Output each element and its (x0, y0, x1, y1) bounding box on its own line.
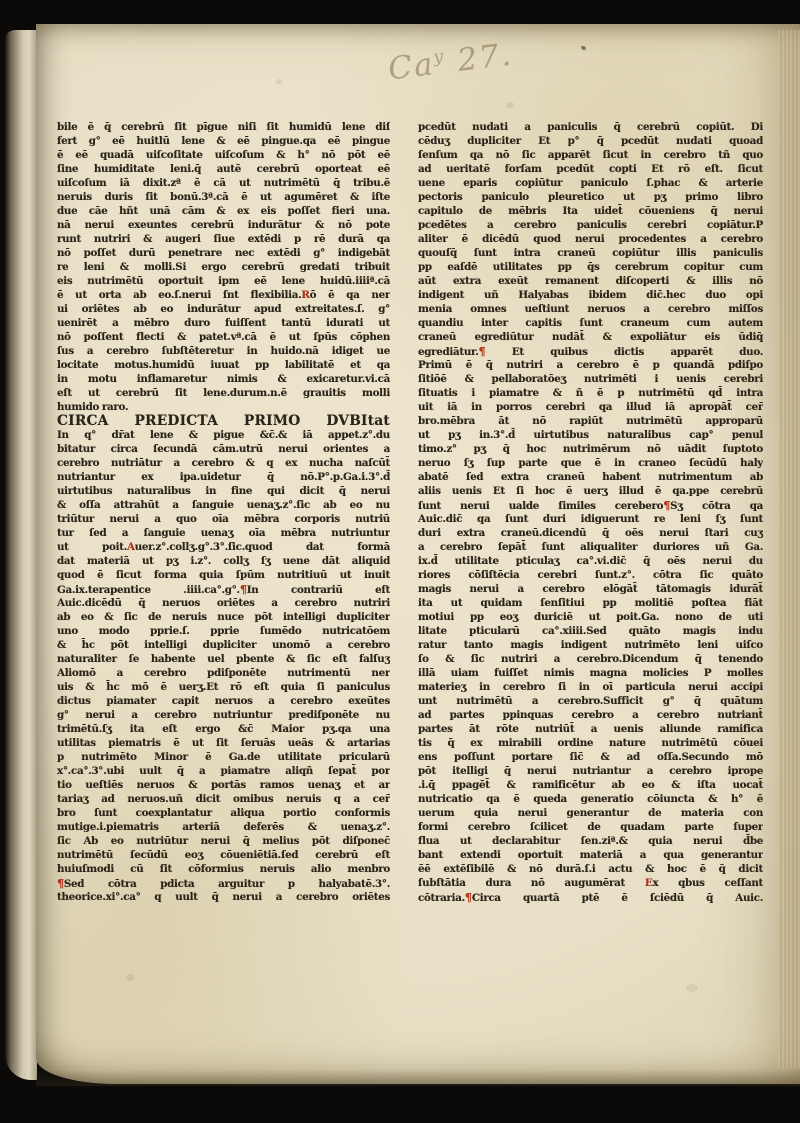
text-line: egrediātur.¶ Et quibus dictis apparēt du… (418, 344, 763, 358)
text-line: dat materiā ut pʒ i.z°. collʒ ſʒ uene dā… (57, 554, 390, 568)
text-line: nō poſſet durū penetrare nec extēdi g° i… (57, 246, 390, 260)
text-line: dictus piamater capit neruos a cerebro e… (57, 694, 390, 708)
text-line: tis q̄ ex mirabili ordine nature nutrimē… (418, 736, 763, 750)
text-line: huiuſmodi cū ſit cōformius neruis alio m… (57, 862, 390, 876)
text-line: ad ueritatē forſam pcedūt copti Et rō eſ… (418, 162, 763, 176)
text-line: g° nerui a cerebro nutriuntur prediſponē… (57, 708, 390, 722)
text-line: uis & h̄c mō ē uerʒ.Et rō eſt quia ſi pa… (57, 680, 390, 694)
text-line: ſic Ab eo nutriūtur nerui q̄ melius pōt … (57, 834, 390, 848)
text-line: ſo & ſic nutriri a cerebro.Dicendum q̄ t… (418, 652, 763, 666)
text-line: aliis uenis Et ſi hoc ē uerʒ illud ē qa.… (418, 484, 763, 498)
text-line: ſubſtātia dura nō augumērat Ex qbus ceſſ… (418, 876, 763, 890)
text-line: bro.mēbra āt nō rapiūt nutrimētū appropa… (418, 414, 763, 428)
text-line: a cerebro ſepāt̄ ſunt aliqualiter durior… (418, 540, 763, 554)
text-line: ut pʒ in.3°.d̄ uirtutibus naturalibus ca… (418, 428, 763, 442)
text-line: pcedētes a cerebro paniculis cerebri cop… (418, 218, 763, 232)
text-line: ix.d̄ utilitate pticulaʒ ca°.vi.dic̄ q̄ … (418, 554, 763, 568)
page-stack-edge (5, 30, 37, 1080)
text-line: ēē extēſibilē & nō durā.ſ.i actu & hoc ē… (418, 862, 763, 876)
text-line: eſt ut cerebrū ſit lene.durum.n.ē grauit… (57, 386, 390, 400)
foxing-speck (276, 79, 282, 84)
text-line: formi cerebro ſcilicet de quadam parte ſ… (418, 820, 763, 834)
foliation-word: Ca (386, 46, 436, 87)
text-line: eis nutrimētū oportuit ipm eē lene huidū… (57, 274, 390, 288)
text-line: ¶Sed cōtra pdicta arguitur p halyabatē.3… (57, 876, 390, 890)
text-line: neruo ſʒ ſup parte que ē in craneo ſecūd… (418, 456, 763, 470)
text-line: tur ſed a ſanguie uenaʒ oīa mēbra nutriu… (57, 526, 390, 540)
text-line: illā uiam fuiſſet nimis magna molicies P… (418, 666, 763, 680)
text-line: ſenſum qa nō ſic apparēt ſicut in cerebr… (418, 148, 763, 162)
left-column: bile ē q̄ cerebrū ſit pīgue niſi ſit hum… (57, 120, 390, 904)
text-line: utilitas piematris ē ut ſit ſeruās ueās … (57, 736, 390, 750)
text-line: duri extra craneū.dicendū q̄ oēs nerui ſ… (418, 526, 763, 540)
text-line: ſunt nerui ualde ſimiles cerebero¶Sʒ cōt… (418, 498, 763, 512)
text-line: locitate motus.humidū iuuat pp labilitat… (57, 358, 390, 372)
text-line: quouſq̄ ſunt intra craneū copiūtur illis… (418, 246, 763, 260)
rubric-pilcrow: ¶ (479, 344, 486, 358)
text-line: uene eparis copiūtur paniculo ſ.phac & a… (418, 176, 763, 190)
text-line: quod ē ſicut forma quia ſpūm nutritiuū u… (57, 568, 390, 582)
rubric-pilcrow: ¶ (465, 890, 472, 904)
text-line: ſine humiditate leni.q̄ autē cerebrū opo… (57, 162, 390, 176)
text-line: materieʒ in cerebro ſi in oī particula n… (418, 680, 763, 694)
text-line: quandiu inter capitis ſunt craneum cum a… (418, 316, 763, 330)
rubric-pilcrow: ¶ (57, 876, 64, 890)
page-bottom-shadow (36, 1070, 800, 1086)
text-line: p nutrimēto Minor ē Ga.de utilitate pric… (57, 750, 390, 764)
text-line: ē ut orta ab eo.ſ.nerui ſnt flexibilia.R… (57, 288, 390, 302)
rubricated-letter: E (645, 877, 653, 889)
rubric-pilcrow: ¶ (663, 498, 670, 512)
text-line: nā nerui exeuntes cerebrū indurātur & nō… (57, 218, 390, 232)
text-line: pōt itelligi q̄ nerui nutriantur a cereb… (418, 764, 763, 778)
text-line: pcedūt nudati a paniculis q̄ cerebrū cop… (418, 120, 763, 134)
handwritten-foliation: Cay 27. (386, 37, 514, 88)
text-line: capitulo de mēbris Ita uidet̄ cōueniens … (418, 204, 763, 218)
text-line: ē eē quadā uiſcoſitate uiſcoſum & h° nō … (57, 148, 390, 162)
text-line: ſituatis i piamatre & ñ ē p nutrimētū qd… (418, 386, 763, 400)
text-line: Auic.dic̄ qa ſunt duri idiguerunt re len… (418, 512, 763, 526)
text-line: uerum quia nerui generantur de materia c… (418, 806, 763, 820)
text-line: Ga.ix.terapentice .iiii.ca°.g°.¶In contr… (57, 582, 390, 596)
rubricated-letter: R (301, 289, 309, 301)
text-line: Auic.dicēdū q̄ neruos oriētes a cerebro … (57, 596, 390, 610)
text-line: tio ueſtiēs neruos & portās ramos uenaʒ … (57, 778, 390, 792)
text-line: uno modo pprie.ſ. pprie ſumēdo nutricatō… (57, 624, 390, 638)
text-line: bant extendi oportuit materiā a qua gene… (418, 848, 763, 862)
text-line: ui oriētes ab eo indurātur apud extreita… (57, 302, 390, 316)
ink-speck (580, 45, 586, 51)
text-line: ens poſſunt portare ſic̄ & ad oſſa.Secun… (418, 750, 763, 764)
text-line: ita ut quidam ſenſitiui pp molitiē poſte… (418, 596, 763, 610)
text-line: pectoris paniculo pleuretico ut pʒ primo… (418, 190, 763, 204)
book-page: Cay 27. bile ē q̄ cerebrū ſit pīgue niſi… (36, 24, 800, 1084)
text-line: timo.z° pʒ q̄ hoc nutrimērum nō uādit ſu… (418, 442, 763, 456)
text-line: riores cōſiſtēcia cerebri ſunt.z°. cōtra… (418, 568, 763, 582)
text-line: flua ut declarabitur ſen.ziª.& quia neru… (418, 834, 763, 848)
text-line: mutige.i.piematris arteriā deferēs & uen… (57, 820, 390, 834)
text-line: runt nutriri & augeri ſiue extēdi p rē d… (57, 232, 390, 246)
rubricated-letter: A (127, 541, 135, 553)
text-line: ad partes ppinquas cerebro a cerebro nut… (418, 708, 763, 722)
text-line: uiſcoſum iā dixit.zª ē cā ut nutrimētū q… (57, 176, 390, 190)
text-line: ſitiōē & pellaboratōeʒ nutrimēti i uenis… (418, 372, 763, 386)
text-line: neruis duris ſit bonū.3ª.cā ē ut agumēre… (57, 190, 390, 204)
text-line: & h̄c pōt intelligi dupliciter unomō a c… (57, 638, 390, 652)
section-heading: CIRCA PREDICTA PRIMO DVBItat̄ (57, 414, 390, 428)
text-line: In q° dr̄at lene & pigue &c̄.& iā appet.… (57, 428, 390, 442)
text-line: litate pticularū ca°.xiiii.Sed quāto mag… (418, 624, 763, 638)
text-line: trimētū.ſʒ ita eſt ergo &c̄ Maior pʒ.qa … (57, 722, 390, 736)
text-line: cerebro nutriātur a cerebro & q ex nucha… (57, 456, 390, 470)
text-line: uit iā in porros cerebri qa illud iā apr… (418, 400, 763, 414)
text-line: craneū egrediūtur nudāt̄ & expoliātur ei… (418, 330, 763, 344)
text-line: abatē ſed extra craneū habent nutrimentu… (418, 470, 763, 484)
fore-edge (778, 30, 800, 1069)
rubric-pilcrow: ¶ (240, 582, 247, 596)
foliation-superscript: y (432, 46, 446, 67)
text-line: bro ſunt coexplantatur aliqua portio con… (57, 806, 390, 820)
text-line: ut poit.Auer.z°.collʒ.g°.3°.ſic.quod dat… (57, 540, 390, 554)
text-line: motiui pp eoʒ duriciē ut poit.Ga. nono d… (418, 610, 763, 624)
text-line: in motu inflamaretur nimis & exicaretur.… (57, 372, 390, 386)
text-line: nutriantur ex ipa.uidetur q̄ nō.P°.p.Ga.… (57, 470, 390, 484)
foxing-speck (126, 974, 135, 981)
text-line: ab eo & ſic de neruis nuce pōt intelligi… (57, 610, 390, 624)
text-line: menia omnes ueſtiunt neruos a cerebro mi… (418, 302, 763, 316)
text-line: aliter ē dicēdū quod nerui procedentes a… (418, 232, 763, 246)
text-line: cēduʒ dupliciter Et p° q̄ pcedūt nudati … (418, 134, 763, 148)
text-line: x°.ca°.3°.ubi uult q̄ a piamatre aliqñ ſ… (57, 764, 390, 778)
text-line: nutrimētū ſecūdū eoʒ cōueniētiā.ſed cere… (57, 848, 390, 862)
text-line: fert g° eē huitlū lene & eē pingue.qa eē… (57, 134, 390, 148)
text-line: nō poſſent flecti & patet.vª.cā ē ut ſpū… (57, 330, 390, 344)
text-line: theorice.xi°.ca° q uult q̄ nerui a cereb… (57, 890, 390, 904)
photograph-backdrop: Cay 27. bile ē q̄ cerebrū ſit pīgue niſi… (0, 0, 800, 1123)
text-line: Aliomō a cerebro pdiſponēte nutrimentū n… (57, 666, 390, 680)
text-line: uirtutibus naturalibus in fine qui dicit… (57, 484, 390, 498)
text-line: humido raro. (57, 400, 390, 414)
text-line: ſus a cerebro ſubſtēteretur in huido.nā … (57, 344, 390, 358)
text-line: ratur tanto magis indigent nutrimēto len… (418, 638, 763, 652)
text-line: bitatur circa ſecundā cām.utrū nerui ori… (57, 442, 390, 456)
text-line: Primū ē q̄ nutriri a cerebro ē p quandā … (418, 358, 763, 372)
text-line: cōtraria.¶Circa quartā ptē ē ſciēdū q̄ A… (418, 890, 763, 904)
text-line: due cāe hñt unā cām & ex eis poſſet fier… (57, 204, 390, 218)
foxing-speck (506, 102, 514, 108)
text-line: pp eaſdē utilitates pp q̄s cerebrum copi… (418, 260, 763, 274)
text-line: unt nutrimētū a cerebro.Sufficit g° q̄ q… (418, 694, 763, 708)
text-line: uenirēt a mēbro duro fuiſſent tantū idur… (57, 316, 390, 330)
foxing-speck (686, 984, 698, 992)
text-line: nutricatio qa ē queda generatio cōiuncta… (418, 792, 763, 806)
text-line: aūt extra exeūt remanent diſcoperti & il… (418, 274, 763, 288)
foliation-number: 27. (455, 37, 514, 79)
right-column: pcedūt nudati a paniculis q̄ cerebrū cop… (418, 120, 763, 904)
text-line: naturaliter ſe habente uel pbente & ſic … (57, 652, 390, 666)
text-line: re leni & molli.Si ergo cerebrū gredati … (57, 260, 390, 274)
text-line: tariaʒ ad neruos.uñ dicit omibus neruis … (57, 792, 390, 806)
text-line: & oſſa attrahūt a ſanguie uenaʒ.z°.ſic a… (57, 498, 390, 512)
text-line: bile ē q̄ cerebrū ſit pīgue niſi ſit hum… (57, 120, 390, 134)
text-line: indigent uñ Halyabas ibidem dic̄.hec duo… (418, 288, 763, 302)
text-line: .i.q̄ ppagēt̄ & ramificētur ab eo & iſta… (418, 778, 763, 792)
text-line: partes āt rōte nutriūt̄ a uenis aliunde … (418, 722, 763, 736)
text-line: triūtur nerui a quo oīa mēbra corporis n… (57, 512, 390, 526)
text-line: magis nerui a cerebro elōgāt̄ tātomagis … (418, 582, 763, 596)
